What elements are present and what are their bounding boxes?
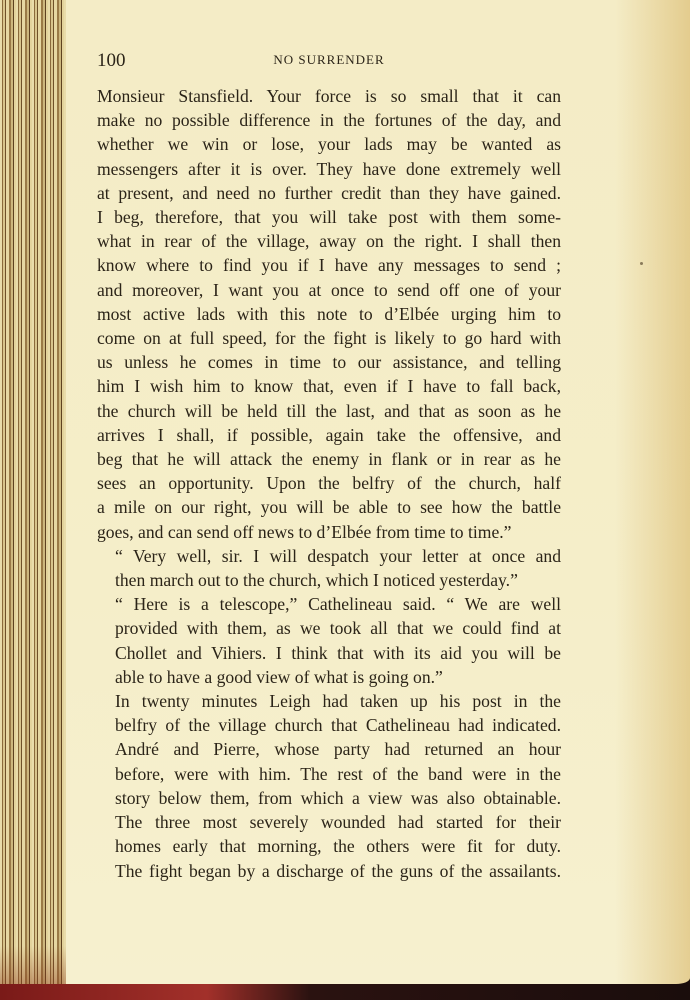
text-line: come on at full speed, for the fight is … bbox=[97, 326, 561, 350]
running-head: 100 NO SURRENDER bbox=[97, 46, 561, 74]
text-line: know where to find you if I have any mes… bbox=[97, 253, 561, 277]
text-line: make no possible difference in the fortu… bbox=[97, 108, 561, 132]
text-line: a mile on our right, you will be able to… bbox=[97, 495, 561, 519]
text-line: provided with them, as we took all that … bbox=[97, 616, 561, 640]
paragraph: In twenty minutes Leigh had taken up his… bbox=[97, 689, 561, 883]
book-page-edges bbox=[0, 0, 66, 986]
text-line: Monsieur Stansfield. Your force is so sm… bbox=[97, 84, 561, 108]
text-line: homes early that morning, the others wer… bbox=[97, 834, 561, 858]
text-line: able to have a good view of what is goin… bbox=[97, 665, 561, 689]
text-line: “ Here is a telescope,” Cathelineau said… bbox=[97, 592, 561, 616]
text-line: us unless he comes in time to our assist… bbox=[97, 350, 561, 374]
text-line: sees an opportunity. Upon the belfry of … bbox=[97, 471, 561, 495]
text-line: “ Very well, sir. I will despatch your l… bbox=[97, 544, 561, 568]
text-line: then march out to the church, which I no… bbox=[97, 568, 561, 592]
text-line: him I wish him to know that, even if I h… bbox=[97, 374, 561, 398]
paragraph: “ Very well, sir. I will despatch your l… bbox=[97, 544, 561, 592]
text-line: messengers after it is over. They have d… bbox=[97, 157, 561, 181]
scan-speck bbox=[640, 262, 643, 265]
text-line: arrives I shall, if possible, again take… bbox=[97, 423, 561, 447]
text-line: The three most severely wounded had star… bbox=[97, 810, 561, 834]
paragraph: “ Here is a telescope,” Cathelineau said… bbox=[97, 592, 561, 689]
text-line: The fight began by a discharge of the gu… bbox=[97, 859, 561, 883]
text-line: at present, and need no further credit t… bbox=[97, 181, 561, 205]
text-line: I beg, therefore, that you will take pos… bbox=[97, 205, 561, 229]
text-line: Chollet and Vihiers. I think that with i… bbox=[97, 641, 561, 665]
text-line: André and Pierre, whose party had return… bbox=[97, 737, 561, 761]
text-line: story below them, from which a view was … bbox=[97, 786, 561, 810]
book-cover-edge bbox=[0, 984, 690, 1000]
paragraph: Monsieur Stansfield. Your force is so sm… bbox=[97, 84, 561, 544]
text-line: before, were with him. The rest of the b… bbox=[97, 762, 561, 786]
text-line: what in rear of the village, away on the… bbox=[97, 229, 561, 253]
text-line: goes, and can send off news to d’Elbée f… bbox=[97, 520, 561, 544]
text-line: In twenty minutes Leigh had taken up his… bbox=[97, 689, 561, 713]
text-line: beg that he will attack the enemy in fla… bbox=[97, 447, 561, 471]
running-title: NO SURRENDER bbox=[97, 52, 561, 68]
page-text-block: 100 NO SURRENDER Monsieur Stansfield. Yo… bbox=[97, 46, 561, 883]
text-line: belfry of the village church that Cathel… bbox=[97, 713, 561, 737]
text-line: and moreover, I want you at once to send… bbox=[97, 278, 561, 302]
text-line: whether we win or lose, your lads may be… bbox=[97, 132, 561, 156]
text-line: most active lads with this note to d’Elb… bbox=[97, 302, 561, 326]
text-line: the church will be held till the last, a… bbox=[97, 399, 561, 423]
book-scan: 100 NO SURRENDER Monsieur Stansfield. Yo… bbox=[0, 0, 690, 1000]
